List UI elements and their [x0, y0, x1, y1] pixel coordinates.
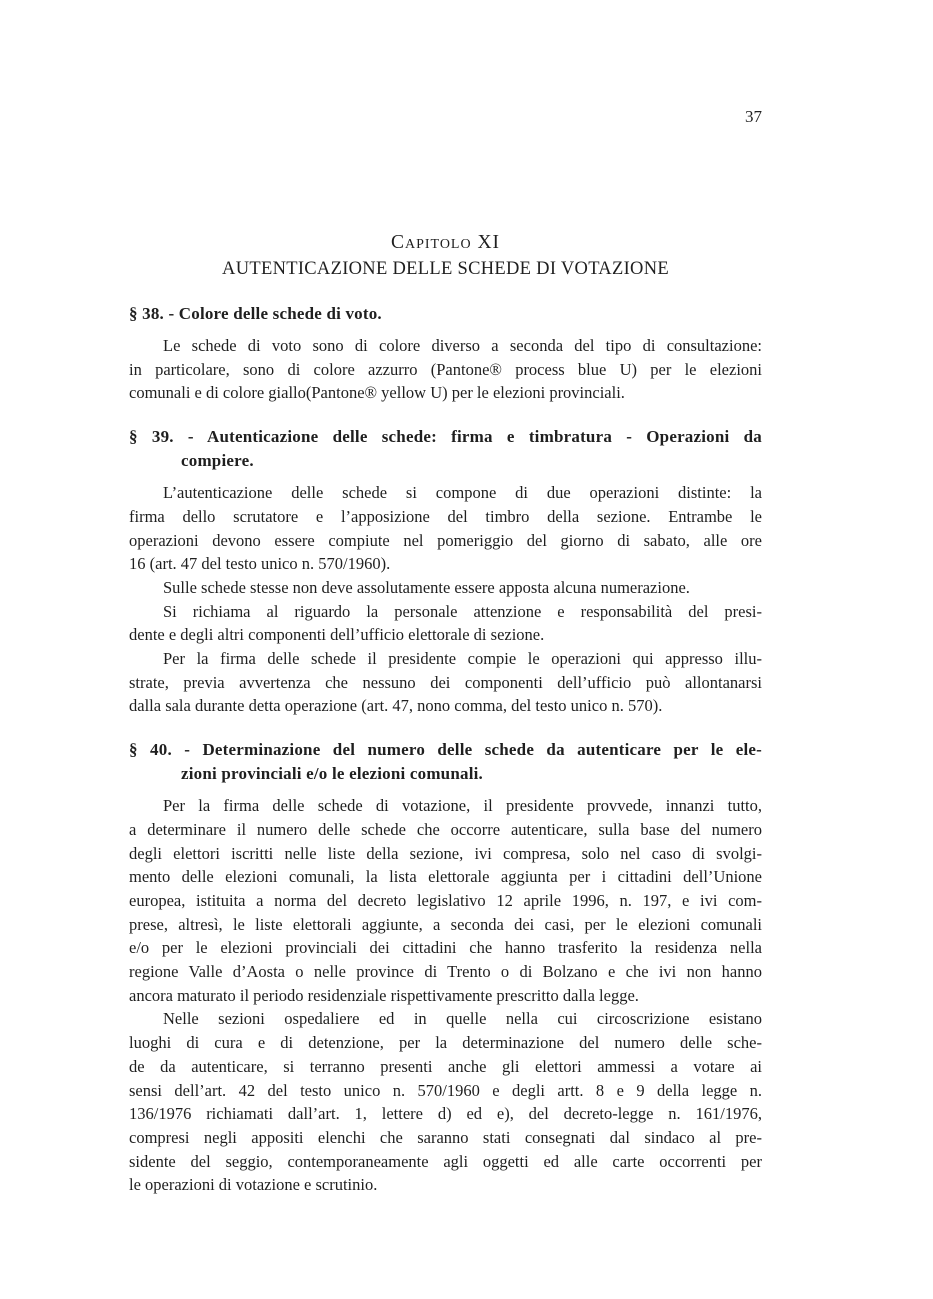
section-39-paragraph-1: L’autenticazione delle schede si compone…: [129, 481, 762, 576]
section-40-heading: § 40. - Determinazione del numero delle …: [129, 738, 762, 786]
heading-line: § 38. - Colore delle schede di voto.: [129, 302, 762, 326]
section-40-paragraph-1: Per la firma delle schede di votazione, …: [129, 794, 762, 1007]
document-page: 37 Capitolo XI AUTENTICAZIONE DELLE SCHE…: [0, 0, 933, 1299]
heading-line: § 39. - Autenticazione delle schede: fir…: [129, 425, 762, 449]
paragraph-line: Nelle sezioni ospedaliere ed in quelle n…: [129, 1007, 762, 1031]
section-38-heading: § 38. - Colore delle schede di voto.: [129, 302, 762, 326]
paragraph-line: L’autenticazione delle schede si compone…: [129, 481, 762, 505]
paragraph-line: compresi negli appositi elenchi che sara…: [129, 1126, 762, 1150]
text-column: Capitolo XI AUTENTICAZIONE DELLE SCHEDE …: [129, 230, 762, 1197]
section-39-paragraph-3: Si richiama al riguardo la personale att…: [129, 600, 762, 647]
paragraph-line: comunali e di colore giallo(Pantone® yel…: [129, 381, 762, 405]
paragraph-line: operazioni devono essere compiute nel po…: [129, 529, 762, 553]
paragraph-line: Le schede di voto sono di colore diverso…: [129, 334, 762, 358]
chapter-title: AUTENTICAZIONE DELLE SCHEDE DI VOTAZIONE: [129, 256, 762, 282]
paragraph-line: de da autenticare, si terranno presenti …: [129, 1055, 762, 1079]
section-39-paragraph-2: Sulle schede stesse non deve assolutamen…: [129, 576, 762, 600]
paragraph-line: Per la firma delle schede di votazione, …: [129, 794, 762, 818]
paragraph-line: 16 (art. 47 del testo unico n. 570/1960)…: [129, 552, 762, 576]
section-39-heading: § 39. - Autenticazione delle schede: fir…: [129, 425, 762, 473]
chapter-label: Capitolo XI: [129, 230, 762, 256]
section-39-paragraph-4: Per la firma delle schede il presidente …: [129, 647, 762, 718]
paragraph-line: mento delle elezioni comunali, la lista …: [129, 865, 762, 889]
paragraph-line: degli elettori iscritti nelle liste dell…: [129, 842, 762, 866]
page-number: 37: [745, 105, 762, 129]
paragraph-line: Per la firma delle schede il presidente …: [129, 647, 762, 671]
paragraph-line: in particolare, sono di colore azzurro (…: [129, 358, 762, 382]
heading-line: § 40. - Determinazione del numero delle …: [129, 738, 762, 762]
paragraph-line: sidente del seggio, contemporaneamente a…: [129, 1150, 762, 1174]
paragraph-line: sensi dell’art. 42 del testo unico n. 57…: [129, 1079, 762, 1103]
paragraph-line: Si richiama al riguardo la personale att…: [129, 600, 762, 624]
paragraph-line: le operazioni di votazione e scrutinio.: [129, 1173, 762, 1197]
paragraph-line: strate, previa avvertenza che nessuno de…: [129, 671, 762, 695]
paragraph-line: a determinare il numero delle schede che…: [129, 818, 762, 842]
paragraph-line: regione Valle d’Aosta o nelle province d…: [129, 960, 762, 984]
paragraph-line: 136/1976 richiamati dall’art. 1, lettere…: [129, 1102, 762, 1126]
paragraph-line: firma dello scrutatore e l’apposizione d…: [129, 505, 762, 529]
paragraph-line: ancora maturato il periodo residenziale …: [129, 984, 762, 1008]
heading-line: compiere.: [129, 449, 762, 473]
paragraph-line: prese, altresì, le liste elettorali aggi…: [129, 913, 762, 937]
section-38-paragraph-1: Le schede di voto sono di colore diverso…: [129, 334, 762, 405]
paragraph-line: europea, istituita a norma del decreto l…: [129, 889, 762, 913]
section-40-paragraph-2: Nelle sezioni ospedaliere ed in quelle n…: [129, 1007, 762, 1197]
heading-line: zioni provinciali e/o le elezioni comuna…: [129, 762, 762, 786]
paragraph-line: Sulle schede stesse non deve assolutamen…: [129, 576, 762, 600]
paragraph-line: luoghi di cura e di detenzione, per la d…: [129, 1031, 762, 1055]
paragraph-line: dalla sala durante detta operazione (art…: [129, 694, 762, 718]
paragraph-line: e/o per le elezioni provinciali dei citt…: [129, 936, 762, 960]
document-content: § 38. - Colore delle schede di voto.Le s…: [129, 302, 762, 1197]
paragraph-line: dente e degli altri componenti dell’uffi…: [129, 623, 762, 647]
